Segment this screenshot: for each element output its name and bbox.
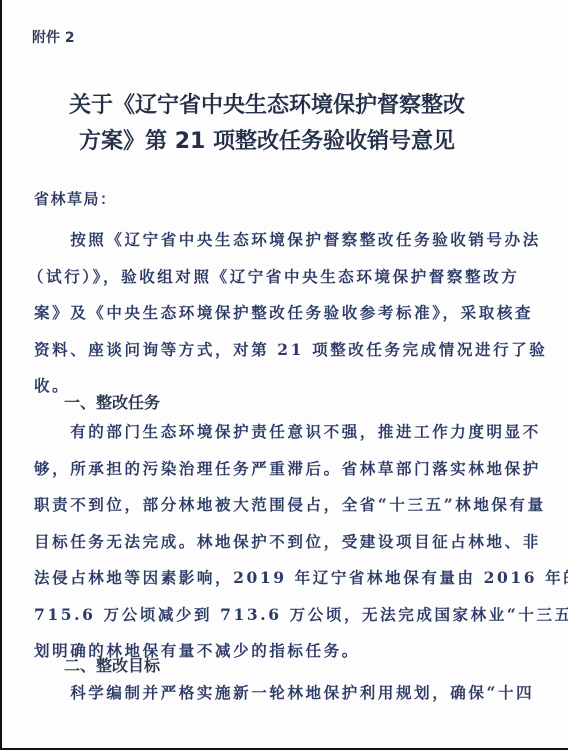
paragraph-line: 按照《辽宁省中央生态环境保护督察整改任务验收销号办法 xyxy=(34,222,524,259)
paragraph-line: 够，所承担的污染治理任务严重滞后。省林草部门落实林地保护 xyxy=(34,451,524,488)
section-goals-paragraph: 科学编制并严格实施新一轮林地保护利用规划，确保“十四 xyxy=(34,675,524,712)
paragraph-line: 有的部门生态环境保护责任意识不强，推进工作力度明显不 xyxy=(34,414,524,451)
document-title-line-1: 关于《辽宁省中央生态环境保护督察整改 xyxy=(32,88,502,119)
section-heading-tasks: 一、整改任务 xyxy=(64,390,160,413)
paragraph-line: 科学编制并严格实施新一轮林地保护利用规划，确保“十四 xyxy=(34,675,524,712)
salutation: 省林草局： xyxy=(34,188,117,209)
paragraph-line: 715.6 万公顷减少到 713.6 万公顷，无法完成国家林业“十三五”规 xyxy=(34,597,524,634)
paragraph-line: 目标任务无法完成。林地保护不到位，受建设项目征占林地、非 xyxy=(34,524,524,561)
document-title-line-2: 方案》第 21 项整改任务验收销号意见 xyxy=(32,124,502,155)
paragraph-line: 案》及《中央生态环境保护整改任务验收参考标准》，采取核查 xyxy=(34,295,524,332)
paragraph-line: 资料、座谈问询等方式，对第 21 项整改任务完成情况进行了验 xyxy=(34,332,524,369)
intro-paragraph: 按照《辽宁省中央生态环境保护督察整改任务验收销号办法 （试行）》，验收组对照《辽… xyxy=(34,222,524,405)
paragraph-line: 职责不到位，部分林地被大范围侵占，全省“十三五”林地保有量 xyxy=(34,487,524,524)
document-page: 附件 2 关于《辽宁省中央生态环境保护督察整改 方案》第 21 项整改任务验收销… xyxy=(0,0,568,750)
section-heading-goals: 二、整改目标 xyxy=(64,653,160,676)
paragraph-line: 法侵占林地等因素影响，2019 年辽宁省林地保有量由 2016 年的 xyxy=(34,560,524,597)
attachment-label: 附件 2 xyxy=(32,27,75,47)
paragraph-line: （试行）》，验收组对照《辽宁省中央生态环境保护督察整改方 xyxy=(28,259,524,296)
section-tasks-paragraph: 有的部门生态环境保护责任意识不强，推进工作力度明显不 够，所承担的污染治理任务严… xyxy=(34,414,524,670)
